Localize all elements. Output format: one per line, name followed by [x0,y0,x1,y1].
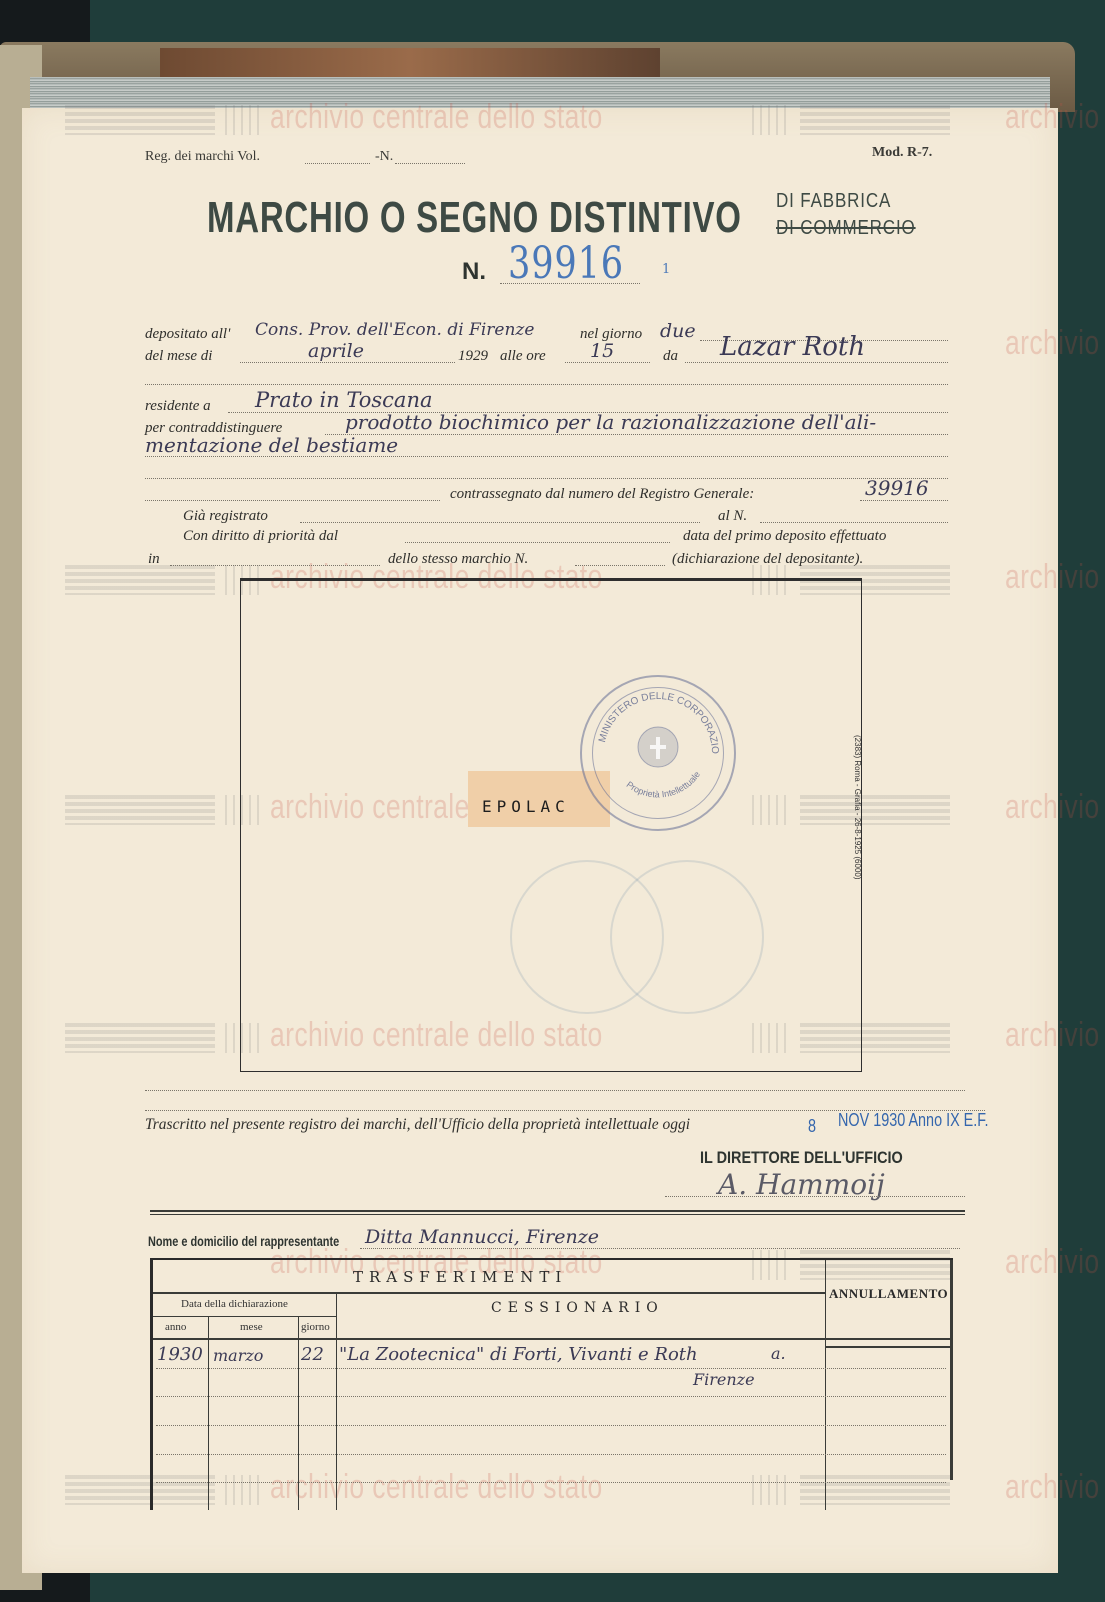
form-model-label: Mod. R-7. [872,145,932,161]
transfers-table: TRASFERIMENTI ANNULLAMENTO Data della di… [150,1258,953,1510]
purpose-field-line [325,434,948,435]
signature-line [665,1196,965,1197]
faint-stamp-bottom [610,860,764,1014]
blank-line-3 [145,500,440,501]
ministry-stamp: MINISTERO DELLE CORPORAZIONI Proprietà I… [580,675,736,831]
in-field [170,565,380,566]
separator-dotted [145,1090,965,1091]
blank-line-2 [145,478,948,479]
representative-label: Nome e domicilio del rappresentante [148,1233,339,1249]
representative-field-line [360,1248,960,1249]
director-label: IL DIRETTORE DELL'UFFICIO [700,1148,903,1168]
resident-value: Prato in Toscana [255,388,433,412]
section-divider [150,1210,965,1212]
row-cessionario-suffix: a. [771,1344,786,1363]
col-anno-header: anno [165,1321,186,1333]
month-field-line [240,362,455,363]
already-registered-label: Già registrato [183,508,268,525]
depositor-name: Lazar Roth [720,332,865,362]
resident-label: residente a [145,398,211,415]
volume-field [305,163,370,164]
first-deposit-label: data del primo deposito effettuato [683,528,886,545]
hour-value: 15 [590,340,614,362]
annullamento-header: ANNULLAMENTO [829,1286,948,1302]
declaration-label: (dichiarazione del depositante). [672,551,863,568]
representative-value: Ditta Mannucci, Firenze [365,1226,599,1248]
row-anno: 1930 [157,1344,203,1365]
book-cover-leather [160,48,660,78]
priority-field [405,542,670,543]
in-label: in [148,551,160,568]
purpose-value-line1: prodotto biochimico per la razionalizzaz… [345,410,876,434]
registry-label: contrassegnato dal numero del Registro G… [450,486,754,503]
col-mese-header: mese [240,1321,263,1333]
col-giorno-header: giorno [301,1321,330,1333]
day-value: due [660,320,696,342]
trademark-word-mark: EPOLAC [482,797,570,816]
deposited-at-value: Cons. Prov. dell'Econ. di Firenze [255,320,534,340]
mark-number-suffix: 1 [662,262,670,277]
year-value: 1929 [458,348,488,365]
row-giorno: 22 [301,1344,324,1365]
hour-field-line [565,362,650,363]
section-divider-2 [150,1214,965,1215]
type-fabbrica: DI FABBRICA [776,190,891,213]
type-commercio-struck: DI COMMERCIO [776,217,916,240]
same-mark-label: dello stesso marchio N. [388,551,528,568]
row-cessionario: "La Zootecnica" di Forti, Vivanti e Roth [339,1344,698,1365]
printer-note: (2383) Roma - Grafia - 26-8-1925 (6000) [853,735,862,880]
same-mark-field [575,565,665,566]
already-registered-n-field [760,522,948,523]
register-number-field [395,163,465,164]
cessionario-header: CESSIONARIO [491,1300,664,1316]
transcription-date-day: 8 [808,1116,816,1137]
registry-field-line [860,500,948,501]
already-registered-field [300,522,700,523]
already-registered-n-label: al N. [718,508,747,525]
deposited-at-label: depositato all' [145,326,230,343]
priority-label: Con diritto di priorità dal [183,528,338,545]
date-group-header: Data della dichiarazione [181,1298,288,1310]
transcription-date-stamp: NOV 1930 Anno IX E.F. [838,1110,989,1131]
svg-text:Proprietà Intellettuale: Proprietà Intellettuale [625,769,702,799]
register-number-label: -N. [375,149,393,165]
mark-number-label: N. [462,258,486,286]
month-label: del mese di [145,348,212,365]
blank-line [145,384,948,385]
registry-value: 39916 [865,476,929,500]
transfers-title: TRASFERIMENTI [353,1268,567,1286]
row-mese: marzo [213,1346,263,1365]
by-label: da [663,348,678,365]
register-volume-label: Reg. dei marchi Vol. [145,149,260,165]
transcription-text: Trascritto nel presente registro dei mar… [145,1116,690,1134]
ministry-stamp-emblem-icon: MINISTERO DELLE CORPORAZIONI Proprietà I… [582,677,734,829]
by-field-line [685,362,948,363]
number-underline [500,283,640,284]
row-location: Firenze [693,1370,755,1389]
month-value: aprile [308,340,364,362]
mark-number-stamp: 39916 [508,238,624,289]
document-title: MARCHIO O SEGNO DISTINTIVO [207,193,742,243]
purpose-value-line2: mentazione del bestiame [145,433,398,457]
hour-label: alle ore [500,348,546,365]
